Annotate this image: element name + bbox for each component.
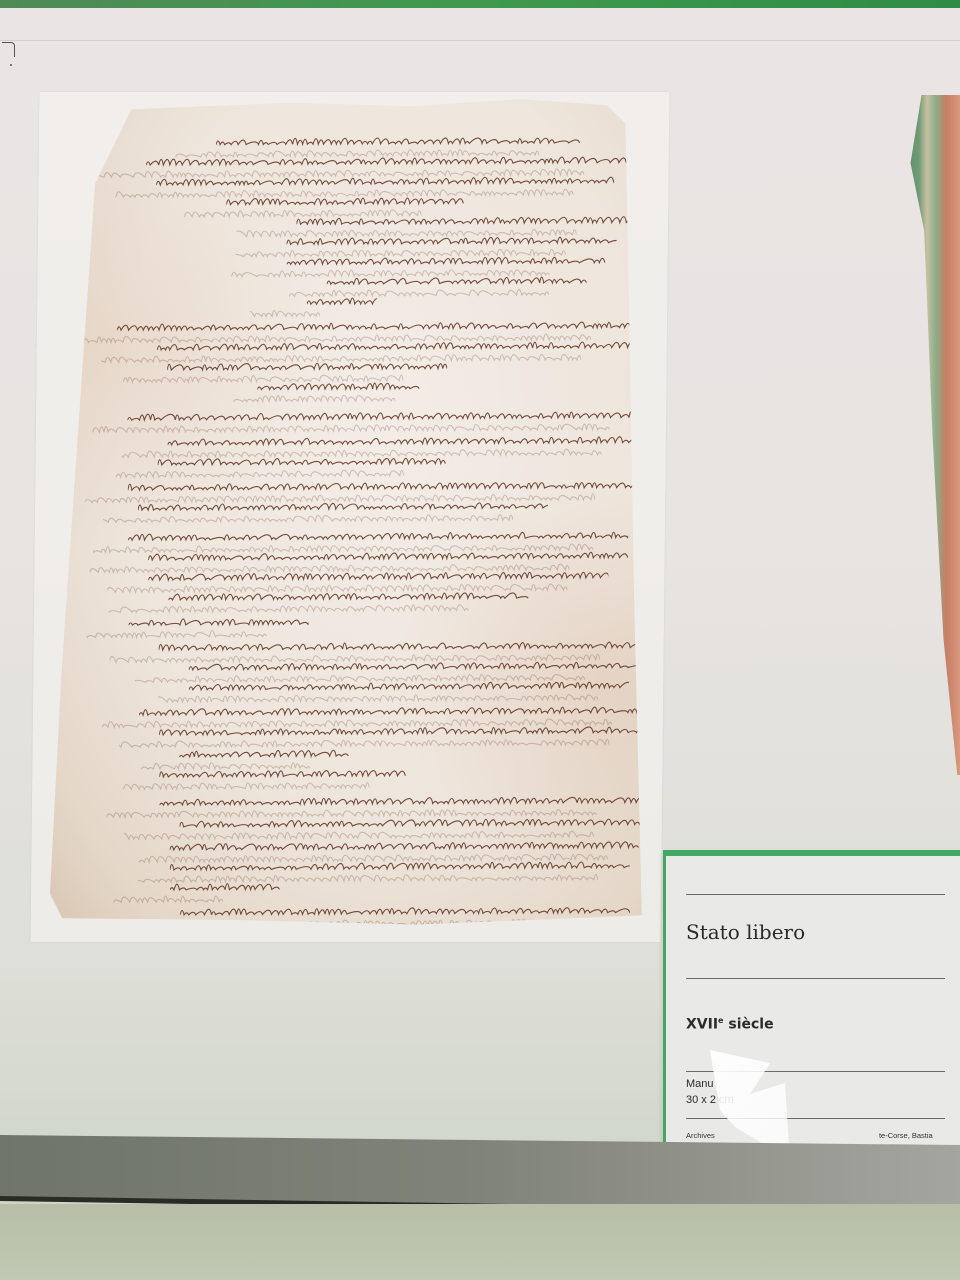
label-rule: [686, 1118, 945, 1119]
green-bound-volume: [905, 95, 960, 775]
handwriting-line: [226, 391, 396, 408]
bracket-mark: [2, 42, 15, 57]
case-top-line: [0, 40, 960, 41]
label-century: XVII: [686, 1017, 718, 1033]
label-dimensions-value: 30 x 2: [686, 1094, 716, 1106]
label-century-word: siècle: [728, 1017, 773, 1033]
label-title: Stato libero: [686, 920, 805, 944]
label-source-end: te-Corse, Bastia: [879, 1131, 933, 1140]
handwriting-line: [103, 510, 513, 528]
bracket-dot: [10, 64, 12, 66]
label-date: XVIIe siècle: [686, 1016, 774, 1033]
label-rule: [686, 978, 945, 979]
floor: [0, 1204, 960, 1280]
handwriting-line: [119, 778, 369, 795]
label-rule: [686, 894, 945, 895]
label-century-suffix: e: [718, 1016, 723, 1025]
label-source-start: Archives: [686, 1131, 715, 1140]
label-object-type: Manu: [686, 1078, 714, 1090]
manuscript-paper: [46, 98, 660, 926]
exhibit-label-card: Stato libero XVIIe siècle Manu 30 x 2 cm…: [663, 850, 960, 1160]
top-green-strip: [0, 0, 960, 8]
